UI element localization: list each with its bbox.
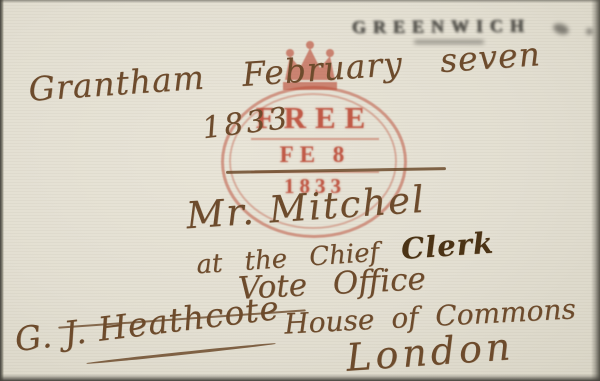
paper-edge-right	[591, 0, 600, 381]
paper-edge-bottom	[0, 374, 600, 381]
stamp-date-text: FE 8	[213, 142, 417, 168]
cover-photo: GREENWICH FREE FE 8 1833 Grantham Februa…	[0, 0, 600, 381]
paper-edge-left	[0, 0, 4, 381]
paper-edge-top	[0, 0, 600, 3]
stamp-rule	[251, 138, 379, 140]
address-line-2-clerk: Clerk	[400, 226, 495, 266]
straightline-postmark: GREENWICH	[352, 15, 582, 38]
